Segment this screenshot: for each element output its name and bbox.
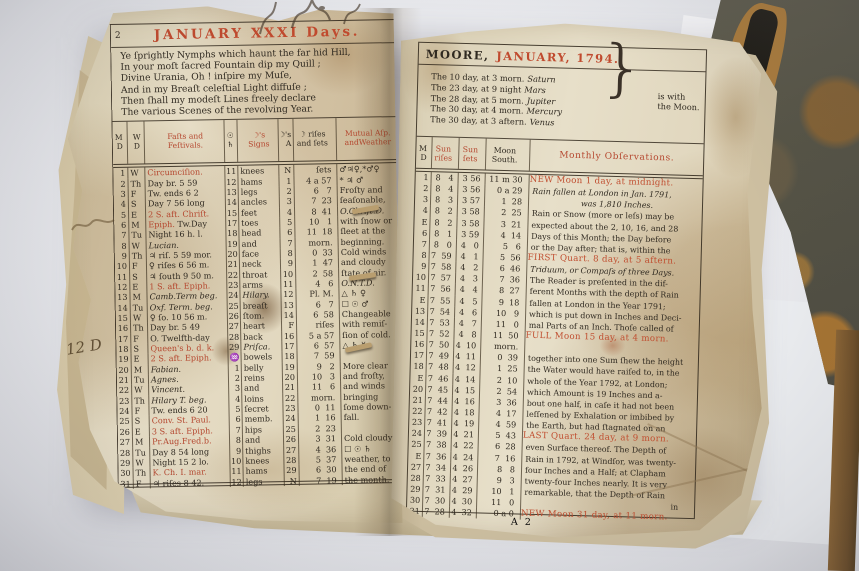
moon-age-cell: 11 xyxy=(280,279,295,290)
day-number-cell: 18 xyxy=(116,344,130,355)
moon-age-cell: 28 xyxy=(283,455,298,466)
feast-text: Epiph. xyxy=(148,219,175,229)
moon-age-cell: 6 xyxy=(279,227,294,238)
sun-place-cell: 14 xyxy=(225,197,238,208)
sun-rise-cell: 8 0 xyxy=(429,239,456,251)
moon-rise-set-cell: 5 a 57 xyxy=(296,330,339,341)
moon-age-cell: 20 xyxy=(282,372,297,383)
sun-rise-cell: 8 4 xyxy=(430,183,457,195)
sun-rise-cell: 8 1 xyxy=(429,228,456,240)
col-moon-south: Moon South. xyxy=(485,139,530,171)
signature-mark: A 2 xyxy=(511,517,533,528)
right-page: MOORE, JANUARY, 1794. The 10 day, at 3 m… xyxy=(391,20,774,542)
moon-age-cell: 9 xyxy=(280,258,295,269)
moon-sign-cell: knees xyxy=(237,165,278,176)
weekday-cell: E xyxy=(132,426,149,437)
moon-sign-cell: bowels xyxy=(241,352,282,363)
sun-set-cell: 4 30 xyxy=(449,496,476,508)
moon-rise-set-cell: 11 18 xyxy=(294,226,337,237)
feast-text: Night 16 h. l. xyxy=(148,229,202,240)
moon-rise-set-cell: 4 a 57 xyxy=(293,175,336,186)
feast-text: Conv. St. Paul. xyxy=(152,415,211,426)
sun-rise-cell: 7 41 xyxy=(424,417,451,429)
feast-text: Circumciſion. xyxy=(147,167,203,178)
moon-sign-cell: and xyxy=(242,434,283,445)
weekday-cell: M xyxy=(131,364,148,375)
sun-place-cell: 2 xyxy=(228,373,241,384)
feast-text: 3 S. aft. Epiph. xyxy=(152,425,213,436)
brace-note: is with the Moon. xyxy=(657,91,700,112)
feast-cell: ♃ riſes 8 42. xyxy=(150,477,230,489)
day-number-cell: 3 xyxy=(114,189,128,200)
right-table-main: 1 8 4 3 56 11 m 30 2 8 4 3 56 0 a 29 xyxy=(407,172,703,525)
moon-sign-cell: thighs xyxy=(242,445,283,456)
moon-age-cell: 4 xyxy=(279,206,294,217)
weekday-cell: Th xyxy=(129,250,146,261)
sun-place-cell: 23 xyxy=(226,280,239,291)
moon-sign-cell: ancles xyxy=(238,196,279,207)
moon-rise-set-cell: 11 6 xyxy=(297,382,340,393)
sun-rise-cell: 7 50 xyxy=(426,339,453,351)
moon-rise-set-cell: 5 37 xyxy=(298,454,341,465)
day-number-cell: 2 xyxy=(113,178,127,189)
sun-set-cell: 3 59 xyxy=(456,229,483,241)
col-fasts-festivals: Faſts and Feſtivals. xyxy=(143,120,224,163)
sun-place-cell: 1 xyxy=(228,363,241,374)
sun-set-cell: 4 10 xyxy=(453,340,480,352)
moon-age-cell: N xyxy=(278,165,293,176)
moon-age-cell: 22 xyxy=(282,393,297,404)
moon-rise-set-cell: 4 36 xyxy=(298,444,341,455)
moon-rise-set-cell: 10 1 xyxy=(294,216,337,227)
sun-set-cell: 4 7 xyxy=(454,318,481,330)
sun-place-cell: ♒ xyxy=(228,352,241,363)
feast-text: Tw. ends 6 20 xyxy=(151,405,207,416)
sun-set-cell: 4 4 xyxy=(455,284,482,296)
weekday-cell: E xyxy=(129,281,146,292)
weekday-cell: Th xyxy=(133,468,150,479)
feast-text: Pr.Aug.Fred.b. xyxy=(152,435,212,446)
weekday-cell: Tu xyxy=(132,447,149,458)
planet-name: Mars xyxy=(521,84,546,95)
sun-place-cell: 26 xyxy=(227,311,240,322)
feast-text: Queen's b. d. k. xyxy=(150,342,214,353)
weekday-cell: F xyxy=(129,261,146,272)
moon-sign-cell: back xyxy=(240,331,281,342)
sun-place-cell: 13 xyxy=(225,187,238,198)
sun-set-cell: 4 26 xyxy=(450,462,477,474)
sun-rise-cell: 7 56 xyxy=(428,284,455,296)
sun-set-cell: 4 6 xyxy=(454,306,481,318)
sun-set-cell: 4 3 xyxy=(455,273,482,285)
sun-rise-cell: 8 3 xyxy=(430,194,457,206)
moon-age-cell: 5 xyxy=(279,217,294,228)
sun-rise-cell: 7 31 xyxy=(422,484,449,496)
feast-text: Day 7 56 long xyxy=(148,198,205,209)
sun-set-cell: 3 58 xyxy=(456,217,483,229)
day-number-cell: 24 xyxy=(117,406,131,417)
day-number-cell: 9 xyxy=(115,251,129,262)
moon-age-cell: 2 xyxy=(279,186,294,197)
almanac-name: MOORE, xyxy=(426,46,490,62)
weekday-cell: F xyxy=(130,333,147,344)
sun-place-cell: 15 xyxy=(225,207,238,218)
gutter-shadow xyxy=(354,8,422,536)
sun-rise-cell: 7 28 xyxy=(422,506,449,518)
moon-age-cell: 24 xyxy=(283,413,298,424)
day-number-cell: 26 xyxy=(118,427,132,438)
feast-text: Agnes. xyxy=(151,374,179,384)
moon-sign-cell: memb. xyxy=(242,414,283,425)
col-sun-rises: Sun riſes xyxy=(431,137,459,169)
feast-text: ♀ riſes 6 56 m. xyxy=(149,260,209,271)
weekday-cell: Th xyxy=(127,178,144,189)
moon-rise-set-cell: 2 23 xyxy=(298,423,341,434)
sun-rise-cell: 8 4 xyxy=(431,172,458,184)
sun-rise-cell: 7 33 xyxy=(423,473,450,485)
feast-text: Fabian. xyxy=(151,364,181,375)
sun-rise-cell: 7 38 xyxy=(424,439,451,451)
sun-rise-cell: 7 30 xyxy=(422,495,449,507)
moon-rise-set-cell: 6 7 xyxy=(294,185,337,196)
moon-age-cell: 23 xyxy=(282,403,297,414)
sun-rise-cell: 8 2 xyxy=(430,206,457,218)
day-number-cell: 11 xyxy=(115,271,129,282)
moon-rise-set-cell: 6 30 xyxy=(298,464,341,475)
sun-rise-cell: 7 44 xyxy=(425,395,452,407)
sun-set-cell: 4 22 xyxy=(450,440,477,452)
day-number-cell: 16 xyxy=(116,323,130,334)
feast-text: 2 S. aft. Chriſt. xyxy=(148,208,209,219)
sun-place-cell: 8 xyxy=(229,435,242,446)
col-sun-sets: Sun ſets xyxy=(458,138,486,170)
feast-text: 2 S. aft. Epiph. xyxy=(151,353,212,364)
weekday-cell: Tu xyxy=(131,375,148,386)
sun-place-cell: 11 xyxy=(229,466,242,477)
weekday-cell: Th xyxy=(131,395,148,406)
moon-sign-cell: feet xyxy=(238,207,279,218)
moon-sign-cell: head xyxy=(238,227,279,238)
sun-place-cell: 18 xyxy=(225,228,238,239)
sun-rise-cell: 7 52 xyxy=(426,328,453,340)
weekday-cell: M xyxy=(129,292,146,303)
moon-age-cell: 10 xyxy=(280,269,295,280)
sun-set-cell: 4 27 xyxy=(450,474,477,486)
moon-sign-cell: face xyxy=(239,248,280,259)
moon-sign-cell: ſecret xyxy=(241,403,282,414)
moon-age-cell: F xyxy=(281,320,296,331)
weekday-cell: S xyxy=(130,343,147,354)
moon-age-cell: 17 xyxy=(281,341,296,352)
moon-rise-set-cell: 0 33 xyxy=(295,247,338,258)
sun-set-cell: 4 24 xyxy=(450,451,477,463)
sun-place-cell: 12 xyxy=(224,176,237,187)
ink-scribble xyxy=(252,0,382,42)
weekday-cell: F xyxy=(128,188,145,199)
day-number-cell: 12 xyxy=(115,282,129,293)
moon-sign-cell: loins xyxy=(241,393,282,404)
moon-sign-cell: hips xyxy=(242,424,283,435)
day-number-cell: 13 xyxy=(115,292,129,303)
moon-age-cell: 12 xyxy=(280,289,295,300)
day-number-cell: 1 xyxy=(113,168,127,179)
right-table-rows: 1 8 4 3 56 11 m 30 2 8 4 3 56 0 a 29 xyxy=(407,172,529,520)
moon-rise-set-cell: 6 57 xyxy=(296,340,339,351)
sun-place-cell: 11 xyxy=(224,166,237,177)
moon-rise-set-cell: ſets xyxy=(293,164,336,175)
day-number-cell: 27 xyxy=(118,437,132,448)
sun-place-cell: 4 xyxy=(228,394,241,405)
sun-set-cell: 3 58 xyxy=(457,206,484,218)
feast-text: Camb.Term beg. xyxy=(149,291,217,302)
right-print-block: MOORE, JANUARY, 1794. The 10 day, at 3 m… xyxy=(406,42,707,519)
moon-age-cell: 26 xyxy=(283,434,298,445)
conjunctions-box: The 10 day, at 3 morn.Saturn The 23 day,… xyxy=(417,65,706,144)
moon-rise-set-cell: Pl. M. xyxy=(295,288,338,299)
day-number-cell: 21 xyxy=(117,375,131,386)
sun-place-cell: 10 xyxy=(229,456,242,467)
day-number-cell: 25 xyxy=(118,416,132,427)
moon-sign-cell: throat xyxy=(239,269,280,280)
sun-set-cell: 4 2 xyxy=(455,262,482,274)
feast-text: K. Ch. I. mar. xyxy=(153,467,207,478)
day-number-cell: 22 xyxy=(117,385,131,396)
moon-sign-cell: toes xyxy=(238,217,279,228)
moon-sign-cell: knees xyxy=(242,455,283,466)
day-number-cell: 17 xyxy=(116,333,130,344)
ink-squiggle xyxy=(68,212,118,238)
col-month-day: M D xyxy=(112,122,127,164)
col-week-day: W D xyxy=(126,122,144,164)
sun-place-cell: 27 xyxy=(227,321,240,332)
moon-age-cell: 3 xyxy=(279,196,294,207)
moon-sign-cell: breaſt xyxy=(240,300,281,311)
sun-set-cell: 4 21 xyxy=(451,429,478,441)
moon-rise-set-cell: 3 31 xyxy=(298,433,341,444)
sun-rise-cell: 7 54 xyxy=(427,306,454,318)
sun-rise-cell: 7 34 xyxy=(423,462,450,474)
moon-age-cell: 14 xyxy=(281,310,296,321)
moon-rise-set-cell: 6 7 xyxy=(296,299,339,310)
moon-sign-cell: heart xyxy=(240,320,281,331)
moon-sign-cell: legs xyxy=(238,186,279,197)
moon-sign-cell: neck xyxy=(239,258,280,269)
sun-rise-cell: 7 45 xyxy=(425,384,452,396)
day-number-cell: 8 xyxy=(115,240,129,251)
weekday-cell: Tu xyxy=(128,230,145,241)
sun-set-cell: 4 29 xyxy=(449,485,476,497)
sun-place-cell: 5 xyxy=(228,404,241,415)
day-number-cell: 14 xyxy=(116,302,130,313)
moon-age-cell: 16 xyxy=(281,331,296,342)
col-monthly-observations: Monthly Obſervations. xyxy=(529,140,704,176)
moon-age-cell: 29 xyxy=(283,465,298,476)
weekday-cell: E xyxy=(131,354,148,365)
feast-text: Lucian. xyxy=(149,239,179,250)
sun-set-cell: 4 19 xyxy=(451,418,478,430)
moon-rise-set-cell: 7 59 xyxy=(296,350,339,361)
moon-age-cell: 27 xyxy=(283,444,298,455)
feast-text: Oxf. Term. beg. xyxy=(150,301,213,312)
feast-text: ♃ ſouth 9 50 m. xyxy=(149,270,214,281)
feast-text: Vincent. xyxy=(151,384,185,395)
moon-rise-set-cell: 4 6 xyxy=(295,278,338,289)
moon-sign-cell: belly xyxy=(241,362,282,373)
weekday-cell: Tu xyxy=(130,302,147,313)
weekday-cell: S xyxy=(128,199,145,210)
sun-rise-cell: 8 2 xyxy=(429,217,456,229)
weekday-cell: F xyxy=(133,478,150,489)
weekday-cell: S xyxy=(132,416,149,427)
sun-rise-cell: 7 57 xyxy=(428,272,455,284)
sun-place-cell: 29 xyxy=(227,342,240,353)
feast-text: Hilary T. beg. xyxy=(151,394,206,405)
weekday-cell: W xyxy=(129,240,146,251)
weekday-cell: W xyxy=(132,457,149,468)
moon-age-cell: 8 xyxy=(280,248,295,259)
sun-rise-cell: 7 58 xyxy=(428,261,455,273)
moon-rise-set-cell: 1 47 xyxy=(295,257,338,268)
sun-set-cell: 4 1 xyxy=(455,251,482,263)
feast-text: Tw. ends 6 2 xyxy=(148,187,199,198)
day-number-cell: 29 xyxy=(118,458,132,469)
feast-text: ♃ riſ. 5 59 mor. xyxy=(149,249,212,260)
col-moon-age: ☽'s A xyxy=(277,119,293,161)
sun-set-cell: 4 0 xyxy=(456,240,483,252)
moon-sign-cell: arms xyxy=(239,279,280,290)
moon-sign-cell: hams xyxy=(237,176,278,187)
feast-text: Day br. 5 49 xyxy=(150,322,200,333)
moon-age-cell: 7 xyxy=(280,237,295,248)
moon-sign-cell: hams xyxy=(242,465,283,476)
feast-text: Day 8 54 long xyxy=(152,446,209,457)
weekday-cell: M xyxy=(128,219,145,230)
col-moon-signs: ☽'s Signs xyxy=(236,119,278,162)
moon-age-cell: 18 xyxy=(282,351,297,362)
sun-set-cell: 4 16 xyxy=(452,396,479,408)
page-number: 2 xyxy=(111,31,133,41)
left-page: 2 JANUARY XXXI Days. Ye ſprightly Nymphs… xyxy=(55,3,402,529)
moon-sign-cell: ſtom. xyxy=(240,310,281,321)
moon-rise-set-cell: morn. xyxy=(297,392,340,403)
photo-of-open-almanac: 2 JANUARY XXXI Days. Ye ſprightly Nymphs… xyxy=(0,0,859,571)
monthly-observations-text: NEW Moon 1 day, at midnight.Rain fallen … xyxy=(520,175,703,525)
moon-age-cell: 25 xyxy=(283,424,298,435)
sun-set-cell: 3 56 xyxy=(457,173,484,185)
day-number-cell: 4 xyxy=(114,199,128,210)
sun-place-cell: 7 xyxy=(229,425,242,436)
sun-place-cell: 17 xyxy=(225,218,238,229)
feast-text: O. Twelfth-day xyxy=(150,332,210,343)
sun-set-cell: 3 56 xyxy=(457,184,484,196)
moon-rise-set-cell: 9 2 xyxy=(297,361,340,372)
sun-place-cell: 9 xyxy=(229,445,242,456)
sun-rise-cell: 7 55 xyxy=(427,295,454,307)
moon-sign-cell: Priſca. xyxy=(240,341,281,352)
conjunction-time: The 30 day, at 3 aftern. xyxy=(430,114,527,127)
weekday-cell: E xyxy=(128,209,145,220)
moon-sign-cell: Hilary. xyxy=(239,289,280,300)
moon-age-cell: 1 xyxy=(278,175,293,186)
weekday-cell: W xyxy=(130,312,147,323)
day-number-cell: 20 xyxy=(117,364,131,375)
day-number-cell: 23 xyxy=(117,396,131,407)
moon-rise-set-cell: riſes xyxy=(296,319,339,330)
sun-set-cell: 4 15 xyxy=(452,384,479,396)
moon-rise-set-cell: morn. xyxy=(295,237,338,248)
day-number-cell: 28 xyxy=(118,447,132,458)
planet-name: Venus xyxy=(527,117,555,128)
feast-text: Day br. 5 59 xyxy=(147,177,197,188)
day-number-cell: 10 xyxy=(115,261,129,272)
sun-rise-cell: 7 46 xyxy=(425,373,452,385)
sun-place-cell: 24 xyxy=(226,290,239,301)
feast-text: ♃ riſes 8 42. xyxy=(153,477,205,488)
moon-rise-set-cell: 10 3 xyxy=(297,371,340,382)
sun-place-cell: 12 xyxy=(230,476,243,487)
moon-age-cell: 13 xyxy=(281,300,296,311)
moon-age-cell: N xyxy=(284,475,299,486)
sun-set-cell: 4 12 xyxy=(453,362,480,374)
moon-age-cell: 19 xyxy=(282,362,297,373)
moon-sign-cell: legs xyxy=(243,476,284,487)
sun-rise-cell: 7 39 xyxy=(424,428,451,440)
sun-place-cell: 3 xyxy=(228,383,241,394)
moon-rise-set-cell: 0 11 xyxy=(297,402,340,413)
sun-rise-cell: 7 53 xyxy=(427,317,454,329)
sun-set-cell: 4 18 xyxy=(451,407,478,419)
sun-place-cell: 25 xyxy=(227,301,240,312)
sun-place-cell: 28 xyxy=(227,332,240,343)
brace-glyph: } xyxy=(597,62,647,74)
feast-text: ♀ ſo. 10 56 m. xyxy=(150,311,208,322)
weekday-cell: W xyxy=(131,385,148,396)
col-moon-rises-sets: ☽ riſes and ſets xyxy=(292,118,336,161)
weekday-cell: S xyxy=(129,271,146,282)
planet-name: Saturn xyxy=(524,74,556,85)
moon-rise-set-cell: 7 23 xyxy=(294,195,337,206)
moon-rise-set-cell: 7 19 xyxy=(299,475,342,486)
feast-text: Night 15 2 lo. xyxy=(152,456,209,467)
sun-set-cell: 3 57 xyxy=(457,195,484,207)
planet-name: Jupiter xyxy=(524,95,556,106)
day-number-cell: 15 xyxy=(116,313,130,324)
sun-set-cell: 4 11 xyxy=(453,351,480,363)
sun-rise-cell: 7 42 xyxy=(424,406,451,418)
weekday-cell: Th xyxy=(130,323,147,334)
moon-age-cell: 21 xyxy=(282,382,297,393)
sun-set-cell: 4 32 xyxy=(449,507,476,519)
day-number-cell: 30 xyxy=(119,468,133,479)
sun-place-cell: 19 xyxy=(226,238,239,249)
weekday-cell: M xyxy=(132,437,149,448)
weekday-cell: W xyxy=(127,168,144,179)
feast-text-extra: Tw.Day xyxy=(175,218,207,229)
planet-name: Mercury xyxy=(523,106,562,117)
sun-set-cell: 4 5 xyxy=(454,295,481,307)
moon-rise-set-cell: 8 41 xyxy=(294,206,337,217)
sun-rise-cell: 7 48 xyxy=(426,361,453,373)
col-sun-symbol: ☉ ♄ xyxy=(223,120,237,162)
sun-rise-cell: 7 49 xyxy=(426,350,453,362)
sun-place-cell: 6 xyxy=(229,414,242,425)
moon-sign-cell: and xyxy=(241,383,282,394)
sun-set-cell: 4 8 xyxy=(453,329,480,341)
moon-rise-set-cell: 2 58 xyxy=(295,268,338,279)
sun-rise-cell: 7 59 xyxy=(428,250,455,262)
day-number-cell: 19 xyxy=(117,354,131,365)
sun-place-cell: 22 xyxy=(226,269,239,280)
